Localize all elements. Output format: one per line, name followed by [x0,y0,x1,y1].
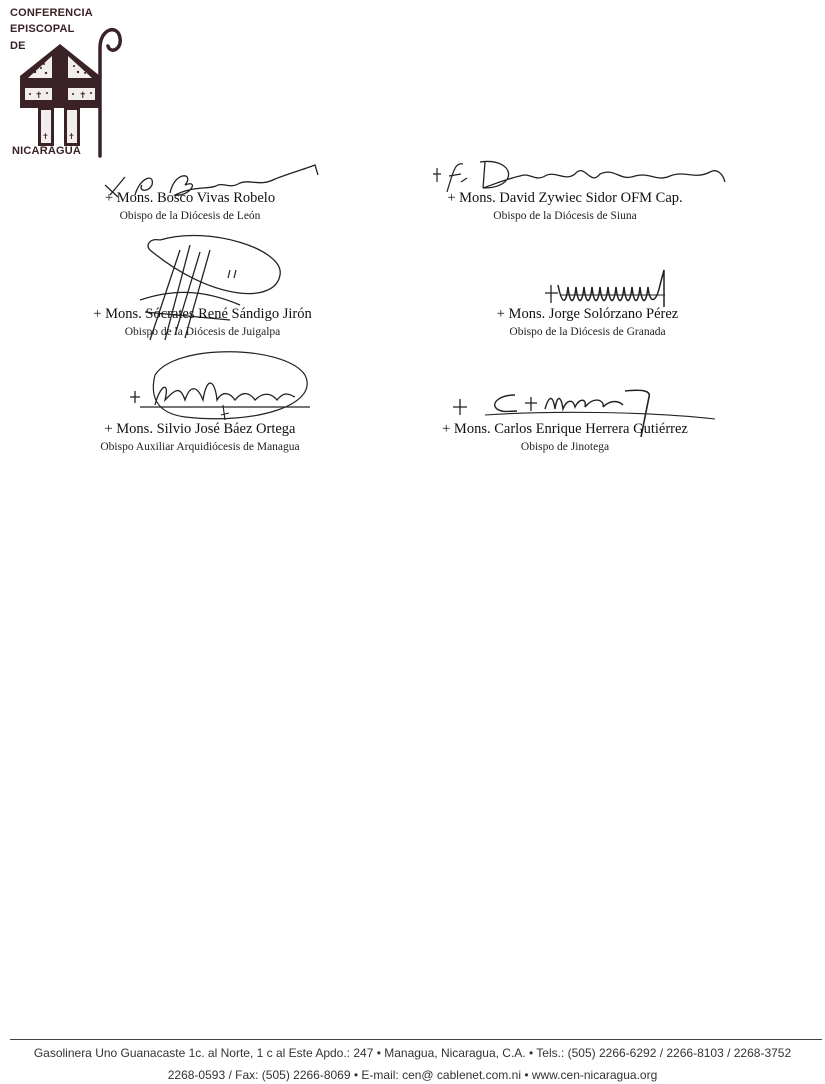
signatory-name: + Mons. Sócrates René Sándigo Jirón [60,306,345,323]
logo-text-line3: DE [10,41,26,52]
signatory-name: + Mons. Silvio José Báez Ortega [60,421,340,438]
logo-text-line4: NICARAGUA [12,146,81,157]
svg-text:✝: ✝ [79,91,87,101]
logo-text-line2: EPISCOPAL [10,24,75,35]
signatory-title: Obispo de la Diócesis de Siuna [415,210,715,222]
signatory-title: Obispo de Jinotega [400,441,730,453]
logo-text-line1: CONFERENCIA [10,8,93,19]
signatory-name: + Mons. Carlos Enrique Herrera Gutiérrez [400,421,730,438]
signature-block-managua: + Mons. Silvio José Báez Ortega Obispo A… [60,421,340,453]
signature-scribble-4 [540,265,680,310]
signature-block-siuna: + Mons. David Zywiec Sidor OFM Cap. Obis… [415,190,715,222]
footer-divider [10,1039,822,1040]
footer-address: Gasolinera Uno Guanacaste 1c. al Norte, … [0,1046,825,1060]
svg-text:✝: ✝ [68,132,75,141]
signature-block-leon: + Mons. Bosco Vivas Robelo Obispo de la … [60,190,320,222]
signatory-name: + Mons. Bosco Vivas Robelo [60,190,320,207]
signatory-title: Obispo de la Diócesis de Juigalpa [60,326,345,338]
signatory-name: + Mons. Jorge Solórzano Pérez [460,306,715,323]
signatory-title: Obispo de la Diócesis de Granada [460,326,715,338]
svg-text:✝: ✝ [42,132,49,141]
signatory-title: Obispo de la Diócesis de León [60,210,320,222]
footer-contact: 2268-0593 / Fax: (505) 2266-8069 • E-mai… [0,1068,825,1082]
signatory-name: + Mons. David Zywiec Sidor OFM Cap. [415,190,715,207]
signature-block-granada: + Mons. Jorge Solórzano Pérez Obispo de … [460,306,715,338]
conference-logo: ✝ ✝ ✝ ✝ CONFERENCIA EPISCOPAL DE NICARAG… [8,6,128,161]
signatory-title: Obispo Auxiliar Arquidiócesis de Managua [60,441,340,453]
signature-block-jinotega: + Mons. Carlos Enrique Herrera Gutiérrez… [400,421,730,453]
signature-scribble-5 [125,345,325,425]
signature-block-juigalpa: + Mons. Sócrates René Sándigo Jirón Obis… [60,306,345,338]
svg-text:✝: ✝ [35,91,43,101]
